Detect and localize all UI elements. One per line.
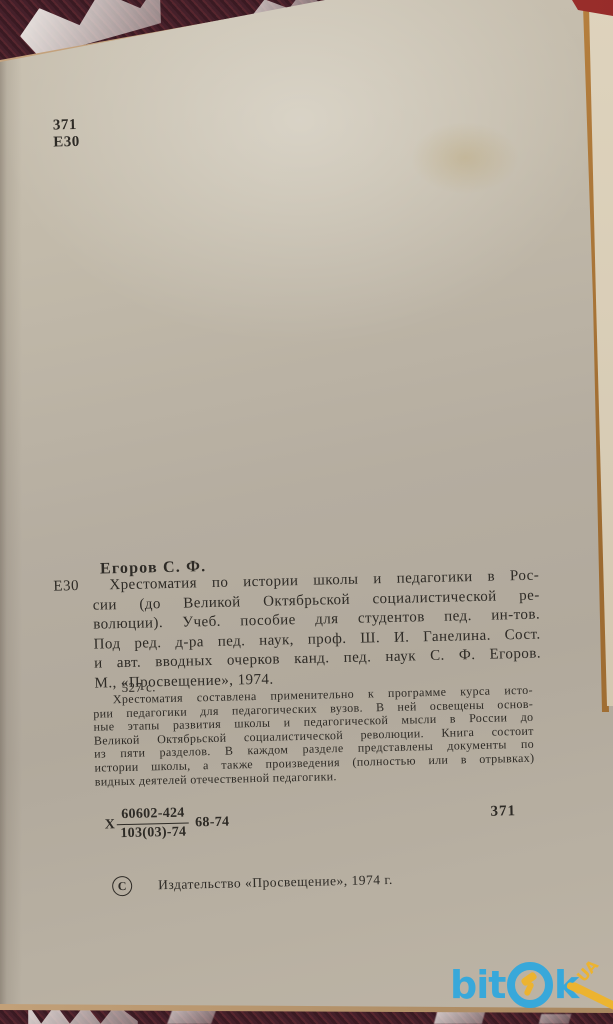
index-fraction: 60602-424 103(03)-74	[117, 806, 190, 843]
bibliographic-description: Хрестоматия по истории школы и педагогик…	[92, 567, 542, 694]
copyright-line: C Издательство «Просвещение», 1974 г.	[112, 870, 393, 896]
copyright-text: Издательство «Просвещение», 1974 г.	[158, 872, 393, 893]
printed-content: 371 Е30 Егоров С. Ф. Е30 Хрестоматия по …	[0, 0, 613, 1024]
watermark: bit k UA	[450, 958, 613, 1022]
entry-code: Е30	[53, 578, 79, 596]
call-number-author-sign: Е30	[53, 134, 80, 152]
copyright-icon: C	[112, 876, 132, 896]
call-number-udc: 371	[53, 117, 80, 135]
index-suffix: 68-74	[195, 814, 230, 831]
index-numerator: 60602-424	[117, 806, 189, 826]
publication-index: Х 60602-424 103(03)-74 68-74	[104, 805, 229, 843]
book-photo: 371 Е30 Егоров С. Ф. Е30 Хрестоматия по …	[0, 0, 613, 1024]
index-series-letter: Х	[105, 817, 116, 833]
udc-code-right: 371	[490, 803, 516, 821]
call-number: 371 Е30	[53, 117, 80, 152]
index-denominator: 103(03)-74	[117, 824, 189, 843]
watermark-o-ring-icon	[507, 962, 553, 1008]
watermark-text-bit: bit	[450, 966, 505, 1004]
annotation: Хрестоматия составлена применительно к п…	[93, 684, 535, 789]
